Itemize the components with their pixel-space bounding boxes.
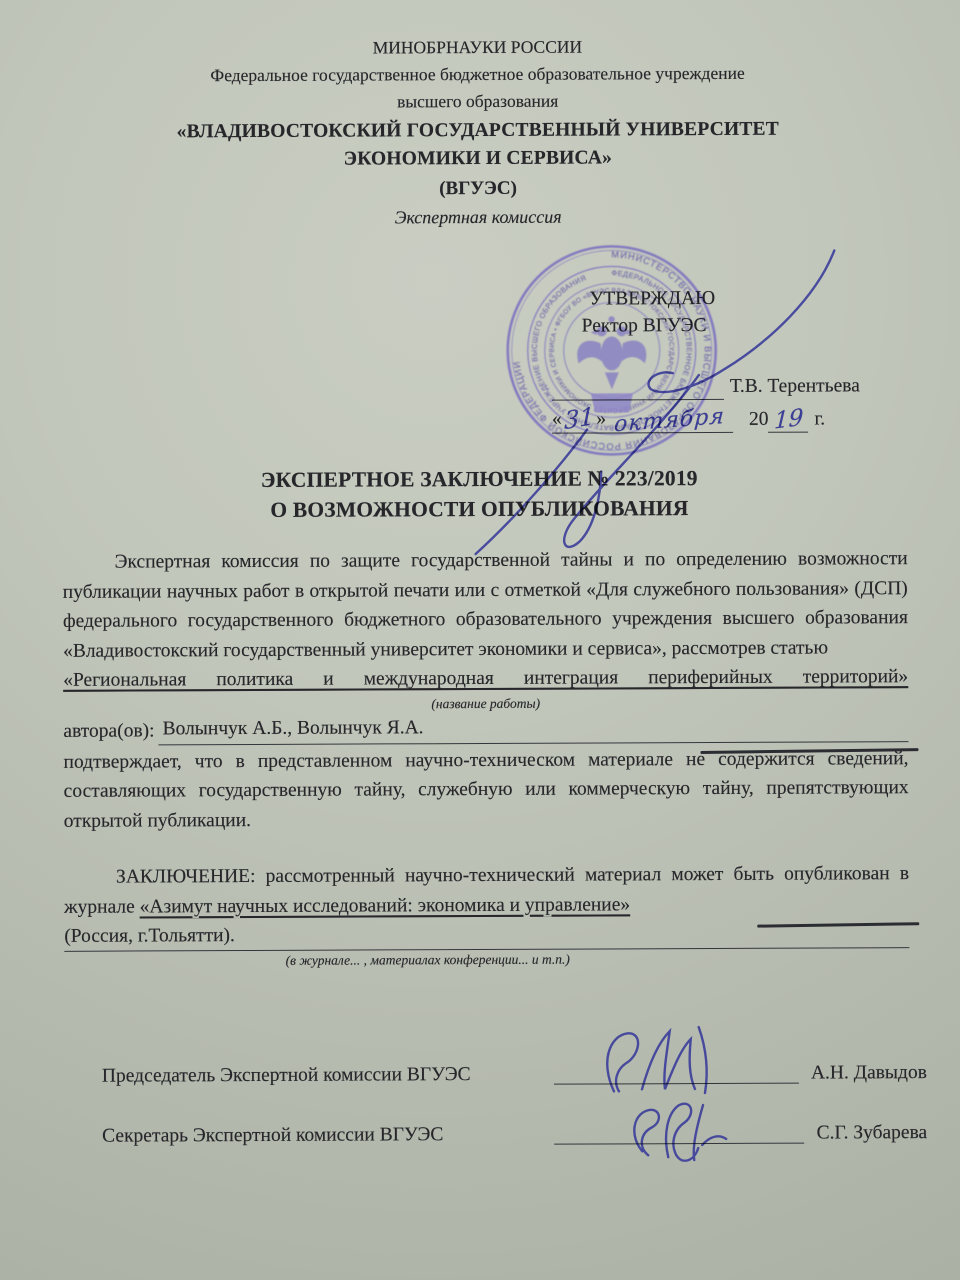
secretary-signature-row: Секретарь Экспертной комиссии ВГУЭС С.Г.… bbox=[102, 1120, 927, 1150]
journal-location: (Россия, г.Тольятти). bbox=[64, 921, 241, 952]
letterhead: МИНОБРНАУКИ РОССИИ Федеральное государст… bbox=[0, 32, 958, 233]
work-title-caption: (название работы) bbox=[63, 692, 908, 715]
journal-name: «Азимут научных исследований: экономика … bbox=[140, 894, 631, 917]
journal-caption: (в журнале... , материалах конференции..… bbox=[183, 949, 673, 970]
chairman-signature-line bbox=[554, 1065, 799, 1085]
authors-label: автора(ов): bbox=[63, 717, 154, 745]
stamp-banner bbox=[591, 393, 633, 412]
document-title: ЭКСПЕРТНОЕ ЗАКЛЮЧЕНИЕ № 223/2019 О ВОЗМО… bbox=[0, 462, 959, 526]
authors-line: автора(ов): Волынчук А.Б., Волынчук Я.А. bbox=[63, 712, 908, 746]
handwritten-year: 19 bbox=[773, 405, 803, 436]
university-name-line-1: «ВЛАДИВОСТОКСКИЙ ГОСУДАРСТВЕННЫЙ УНИВЕРС… bbox=[0, 115, 958, 147]
conclusion-label: ЗАКЛЮЧЕНИЕ: bbox=[116, 866, 256, 888]
org-line-1: Федеральное государственное бюджетное об… bbox=[0, 59, 958, 90]
document-title-line-1: ЭКСПЕРТНОЕ ЗАКЛЮЧЕНИЕ № 223/2019 bbox=[0, 462, 959, 496]
authors-underline-filler bbox=[434, 721, 909, 744]
secretary-signature-line bbox=[554, 1125, 805, 1145]
commission-label: Экспертная комиссия bbox=[0, 202, 958, 233]
document-title-line-2: О ВОЗМОЖНОСТИ ОПУБЛИКОВАНИЯ bbox=[0, 492, 959, 526]
location-underline-filler bbox=[241, 927, 909, 951]
university-seal-stamp: МИНИСТЕРСТВО НАУКИ И ВЫСШЕГО ОБРАЗОВАНИЯ… bbox=[502, 241, 721, 460]
year-suffix: г. bbox=[808, 405, 825, 432]
intro-paragraph: Экспертная комиссия по защите государств… bbox=[63, 544, 909, 666]
double-headed-eagle-icon bbox=[577, 316, 646, 390]
ministry-line: МИНОБРНАУКИ РОССИИ bbox=[0, 32, 957, 63]
conclusion-paragraph: ЗАКЛЮЧЕНИЕ: рассмотренный научно-техниче… bbox=[64, 859, 909, 922]
confirmation-paragraph: подтверждает, что в представленном научн… bbox=[63, 744, 908, 836]
org-line-2: высшего образования bbox=[0, 86, 958, 117]
approver-name: Т.В. Терентьева bbox=[724, 372, 860, 400]
secretary-role: Секретарь Экспертной комиссии ВГУЭС bbox=[102, 1122, 554, 1150]
chairman-signature-row: Председатель Экспертной комиссии ВГУЭС А… bbox=[102, 1060, 927, 1090]
journal-location-line: (Россия, г.Тольятти). bbox=[64, 918, 909, 952]
chairman-role: Председатель Экспертной комиссии ВГУЭС bbox=[102, 1062, 554, 1090]
scanned-document-page: МИНОБРНАУКИ РОССИИ Федеральное государст… bbox=[0, 0, 960, 1280]
secretary-name: С.Г. Зубарева bbox=[817, 1120, 928, 1146]
year-prefix: 20 bbox=[749, 406, 769, 433]
work-title-line: «Региональная политика и международная и… bbox=[63, 662, 908, 695]
authors-names: Волынчук А.Б., Волынчук Я.А. bbox=[158, 714, 433, 745]
university-abbreviation: (ВГУЭС) bbox=[0, 173, 958, 204]
university-name-line-2: ЭКОНОМИКИ И СЕРВИСА» bbox=[0, 143, 958, 175]
chairman-name: А.Н. Давыдов bbox=[811, 1060, 927, 1087]
document-body: Экспертная комиссия по защите государств… bbox=[63, 544, 910, 971]
